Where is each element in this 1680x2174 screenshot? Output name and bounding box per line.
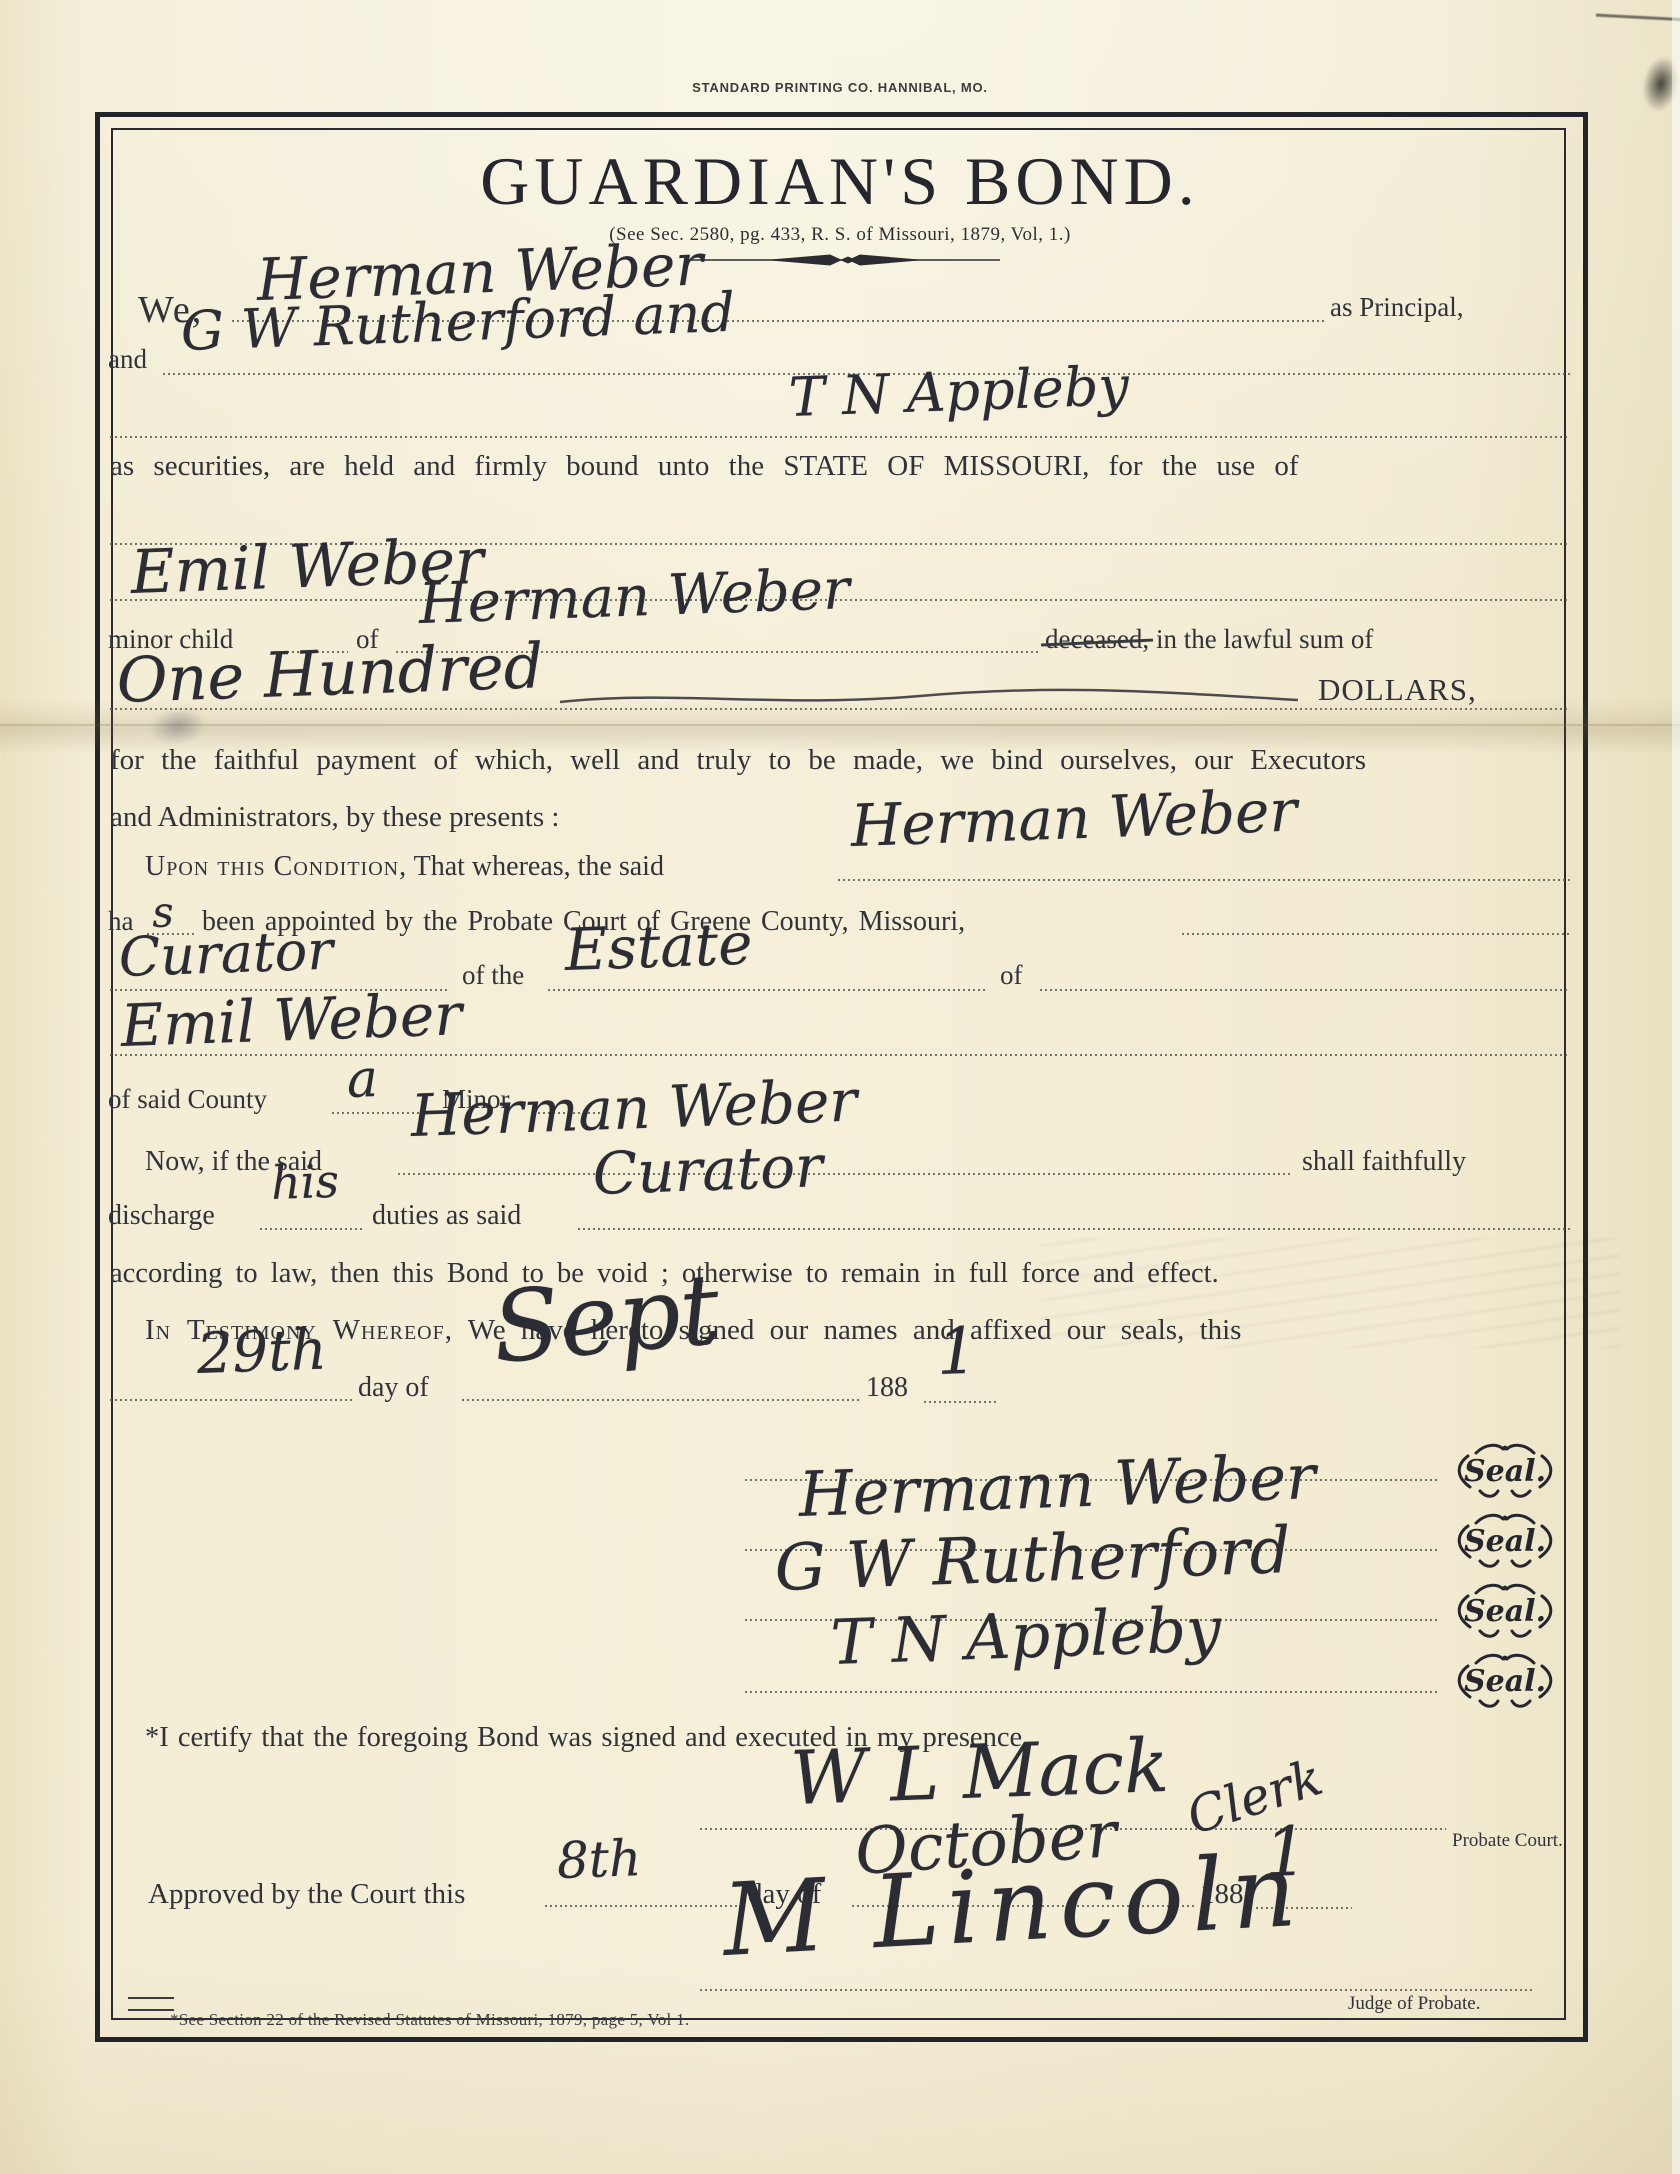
- handwritten-ward-name: Emil Weber: [120, 980, 463, 1060]
- of-trailing-line: [1040, 989, 1570, 991]
- deceased-strikethrough: deceased,: [1045, 624, 1149, 654]
- estate-line: [548, 989, 988, 991]
- handwritten-his-word: his: [270, 1154, 340, 1210]
- security2-writing-line: [110, 436, 1570, 438]
- seal-ornament-4: Seal.: [1446, 1651, 1564, 1714]
- handwritten-security2-name: T N Appleby: [788, 354, 1130, 429]
- scratch-mark-top-right: [1596, 14, 1680, 22]
- handwritten-estate-word: Estate: [564, 909, 754, 984]
- handwritten-approved-day: 8th: [556, 1829, 642, 1890]
- appointed-trailing-line: [1182, 933, 1570, 935]
- judge-title-label: Judge of Probate.: [1348, 1993, 1480, 2015]
- duties-as-said-label: duties as said: [372, 1200, 521, 1232]
- discharge-label: discharge: [108, 1200, 215, 1232]
- ward-writing-line: [110, 1054, 1570, 1056]
- as-principal-label: as Principal,: [1330, 292, 1463, 323]
- now-writing-line: [398, 1173, 1290, 1175]
- of-the-label: of the: [462, 960, 524, 991]
- footnote: *See Section 22 of the Revised Statutes …: [170, 2010, 689, 2030]
- of-word-2: of: [1000, 960, 1023, 991]
- title-citation: (See Sec. 2580, pg. 433, R. S. of Missou…: [0, 224, 1680, 246]
- condition-clause: Upon this Condition, That whereas, the s…: [145, 851, 664, 883]
- month-line: [462, 1399, 860, 1401]
- of-said-county-label: of said County: [108, 1084, 267, 1115]
- year-printed: 188: [866, 1372, 908, 1404]
- svg-text:Seal.: Seal.: [1464, 1524, 1546, 1559]
- signature-line-3: [745, 1691, 1437, 1693]
- condition-rest: That whereas, the said: [414, 851, 664, 882]
- dollars-label: DOLLARS,: [1318, 672, 1477, 708]
- ornamental-divider: [690, 252, 1000, 273]
- svg-text:Seal.: Seal.: [1464, 1664, 1546, 1699]
- payment-clause-1: for the faithful payment of which, well …: [110, 744, 1366, 777]
- day-line: [110, 1399, 352, 1401]
- svg-text:Seal.: Seal.: [1464, 1454, 1546, 1489]
- day-of-label: day of: [358, 1372, 429, 1404]
- seal-ornament-1: Seal.: [1446, 1441, 1564, 1504]
- judge-signature-line: [700, 1989, 1532, 1991]
- seal-ornament-2: Seal.: [1446, 1511, 1564, 1574]
- shall-faithfully-label: shall faithfully: [1302, 1146, 1466, 1178]
- handwritten-a-word: a: [346, 1049, 379, 1110]
- his-line: [260, 1228, 362, 1230]
- lawful-sum-text: in the lawful sum of: [1156, 624, 1373, 654]
- handwritten-month: Sept: [488, 1253, 724, 1386]
- footnote-reference-mark: [128, 1997, 174, 2011]
- amount-flourish: [560, 686, 1300, 719]
- scanned-document-page: STANDARD PRINTING CO. HANNIBAL, MO. GUAR…: [0, 0, 1680, 2174]
- securities-clause: as securities, are held and firmly bound…: [110, 450, 1299, 483]
- seal-ornament-3: Seal.: [1446, 1581, 1564, 1644]
- condition-lead: Upon this Condition,: [145, 851, 407, 882]
- handwritten-year-digit: 1: [935, 1315, 978, 1390]
- page-title: GUARDIAN'S BOND.: [0, 142, 1680, 221]
- and-word: and: [108, 344, 147, 375]
- printer-imprint: STANDARD PRINTING CO. HANNIBAL, MO.: [0, 80, 1680, 95]
- year-line: [924, 1401, 996, 1403]
- approved-lead: Approved by the Court this: [148, 1878, 465, 1911]
- lawful-sum-clause: deceased, in the lawful sum of: [1045, 624, 1373, 655]
- office2-line: [578, 1228, 1570, 1230]
- handwritten-office2: Curator: [592, 1132, 824, 1208]
- condition-writing-line: [838, 879, 1570, 881]
- approved-day-line: [545, 1905, 737, 1907]
- handwritten-office: Curator: [118, 919, 334, 989]
- scan-edge: [1672, 0, 1680, 2174]
- probate-court-label: Probate Court.: [1452, 1830, 1563, 1852]
- fold-crease-line: [0, 724, 1680, 726]
- handwritten-day: 29th: [196, 1318, 328, 1387]
- payment-clause-2: and Administrators, by these presents :: [110, 801, 559, 834]
- svg-text:Seal.: Seal.: [1464, 1594, 1546, 1629]
- signature-security2: T N Appleby: [829, 1592, 1222, 1679]
